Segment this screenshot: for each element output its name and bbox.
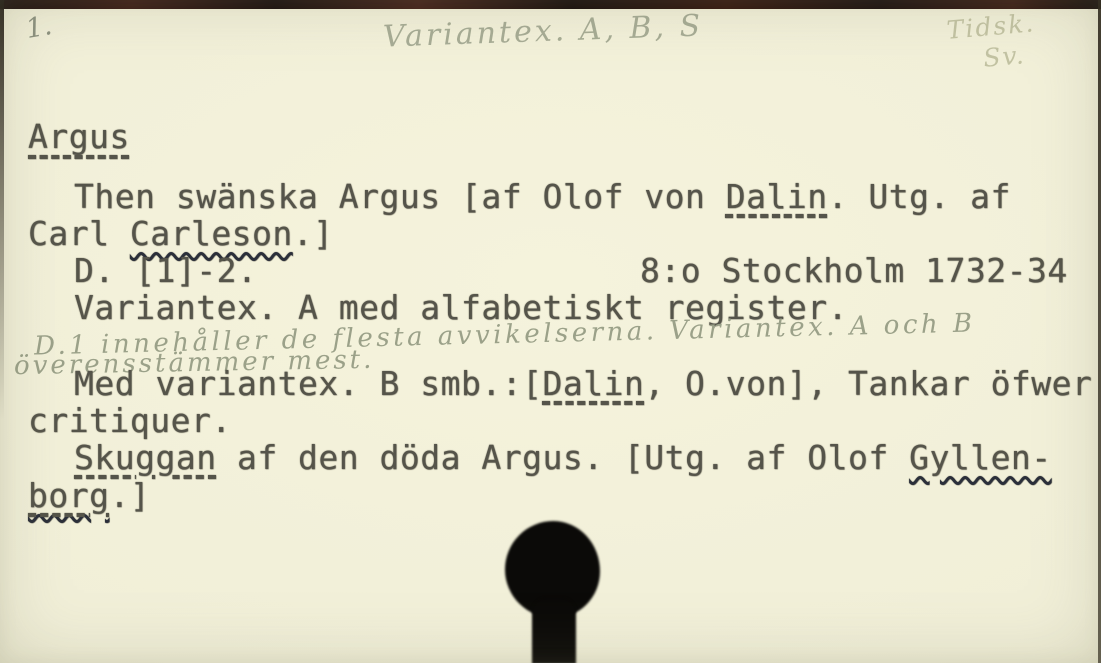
- body-line-7: Skuggan af den döda Argus. [Utg. af Olof…: [28, 441, 1101, 476]
- scan-edge-top: [0, 0, 1101, 9]
- body-line-7-text: af den döda Argus. [Utg. af Olof: [217, 438, 910, 477]
- card-heading: Argus: [28, 117, 130, 156]
- catalog-card: 1. Variantex. A, B, S Tidsk.Sv. Argus Th…: [0, 0, 1101, 663]
- body-line-6-text: critiquer.: [28, 401, 232, 440]
- top-center-annotation: Variantex. A, B, S: [382, 8, 703, 54]
- body-line-2-wavy-underlined-name: Carleson: [130, 214, 293, 253]
- body-line-5: Med variantex. B smb.:[Dalin, O.von], Ta…: [28, 367, 1101, 402]
- body-line-5-text: Med variantex. B smb.:[: [74, 364, 542, 403]
- body-line-2-text: Carl: [28, 214, 130, 253]
- body-line-3: D. [1]-2.8:o Stockholm 1732-34: [28, 254, 1101, 289]
- body-line-1-underlined-name: Dalin: [726, 177, 828, 216]
- body-line-1-text-after: . Utg. af: [828, 177, 1011, 216]
- body-line-8-wavy-underlined-name: borg: [28, 476, 109, 515]
- corner-number: 1.: [24, 10, 55, 45]
- top-right-annotation-line2: Sv.: [948, 39, 1039, 76]
- body-line-5-underlined-name: Dalin: [542, 364, 644, 403]
- body-line-3-imprint: 8:o Stockholm 1732-34: [640, 254, 1068, 289]
- body-line-7-wavy-underlined-name: Gyllen-: [909, 438, 1052, 477]
- scan-edge-left: [0, 0, 4, 420]
- body-line-2: Carl Carleson.]: [28, 217, 1098, 252]
- body-line-1: Then swänska Argus [af Olof von Dalin. U…: [28, 180, 1101, 215]
- body-line-1-text: Then swänska Argus [af Olof von: [74, 177, 726, 216]
- card-heading-line: Argus: [28, 120, 1098, 155]
- hole-punch-stem: [532, 598, 576, 663]
- body-line-6: critiquer.: [28, 404, 1098, 439]
- body-line-8: borg.]: [28, 479, 1098, 514]
- body-line-3-volume: D. [1]-2.: [74, 251, 257, 290]
- top-right-annotation: Tidsk.Sv.: [946, 8, 1040, 75]
- body-line-2-text-after: .]: [293, 214, 334, 253]
- body-line-5-text-after: , O.von], Tankar öfwer: [644, 364, 1092, 403]
- body-line-8-wavy-text: borg: [28, 476, 109, 515]
- body-line-8-text-after: .]: [109, 476, 150, 515]
- body-line-7-underlined-title: Skuggan: [74, 438, 217, 477]
